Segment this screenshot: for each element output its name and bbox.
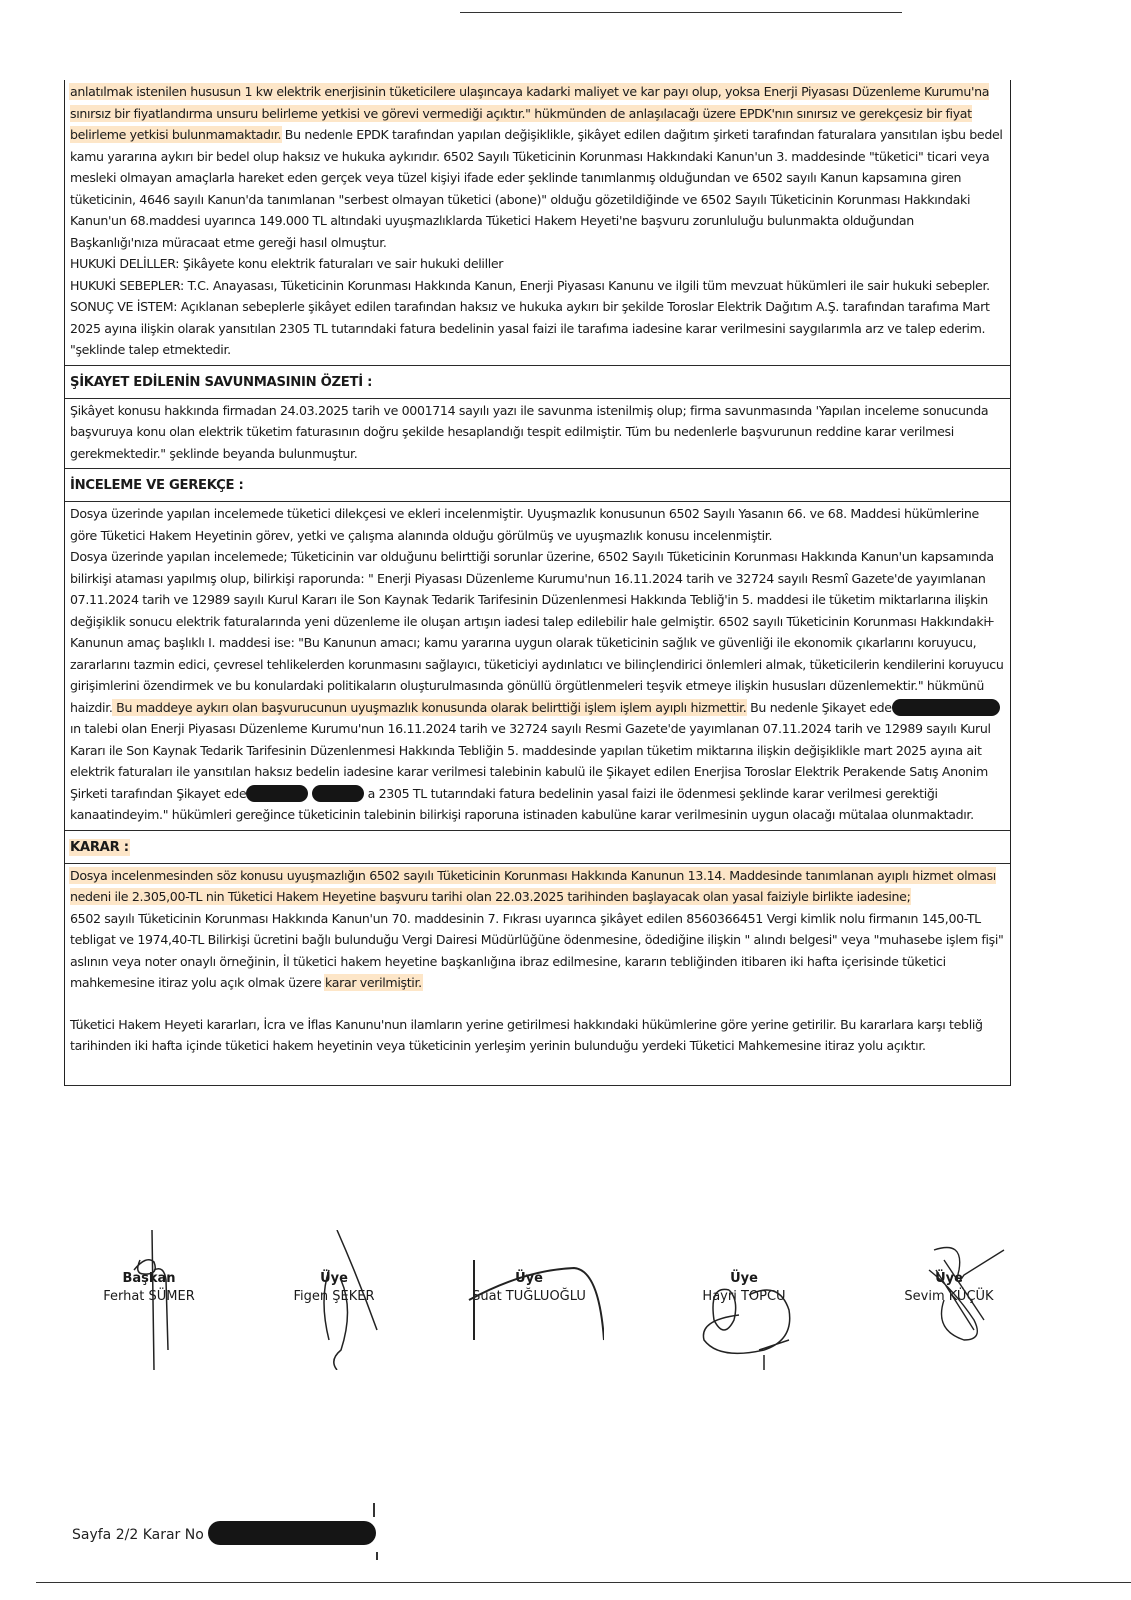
signature-member-1: Üye Figen ŞEKER bbox=[259, 1270, 409, 1306]
paragraph-text: HUKUKİ DELİLLER: Şikâyete konu elektrik … bbox=[70, 256, 503, 271]
margin-mark: ⵜ bbox=[985, 615, 994, 629]
highlighted-text: Dosya incelenmesinden söz konusu uyuşmaz… bbox=[70, 868, 996, 905]
highlighted-text: Bu maddeye aykırı olan başvurucunun uyuş… bbox=[113, 700, 747, 715]
complaint-summary-text: anlatılmak istenilen hususun 1 kw elektr… bbox=[65, 80, 1010, 365]
scan-mark bbox=[376, 1552, 378, 1560]
paragraph-text: SONUÇ VE İSTEM: Açıklanan sebeplerle şik… bbox=[70, 299, 990, 357]
complaint-paragraph: anlatılmak istenilen hususun 1 kw elektr… bbox=[70, 81, 1004, 253]
decision-document: anlatılmak istenilen hususun 1 kw elektr… bbox=[64, 80, 1011, 1086]
review-text-part: Bu nedenle Şikayet ede bbox=[746, 700, 891, 715]
page-number-label: Sayfa 2/2 Karar No bbox=[72, 1527, 204, 1543]
review-text-part: Dosya üzerinde yapılan incelemede; Tüket… bbox=[70, 549, 1004, 715]
redaction-mark bbox=[246, 785, 308, 802]
signatory-name: Figen ŞEKER bbox=[259, 1288, 409, 1306]
decision-section: KARAR : Dosya incelenmesinden söz konusu… bbox=[65, 831, 1010, 1085]
review-section: İNCELEME VE GEREKÇE : Dosya üzerinde yap… bbox=[65, 469, 1010, 831]
decision-text-part: 6502 sayılı Tüketicinin Korunması Hakkın… bbox=[70, 911, 1003, 991]
defense-text: Şikâyet konusu hakkında firmadan 24.03.2… bbox=[65, 399, 1010, 469]
paragraph-text: HUKUKİ SEBEPLER: T.C. Anayasası, Tüketic… bbox=[70, 278, 990, 293]
signature-member-2: Üye Suat TUĞLUOĞLU bbox=[454, 1270, 604, 1306]
document-bottom-border bbox=[65, 1085, 1010, 1086]
signatory-role: Üye bbox=[454, 1270, 604, 1288]
signatory-name: Suat TUĞLUOĞLU bbox=[454, 1288, 604, 1306]
scan-mark bbox=[373, 1503, 375, 1517]
defense-section: ŞİKAYET EDİLENİN SAVUNMASININ ÖZETİ : Şi… bbox=[65, 366, 1010, 470]
signature-block: Başkan Ferhat SÜMER Üye Figen ŞEKER Üye … bbox=[64, 1260, 1024, 1370]
signatory-role: Üye bbox=[874, 1270, 1024, 1288]
review-paragraph-2: Dosya üzerinde yapılan incelemede; Tüket… bbox=[70, 546, 1004, 826]
signatory-name: Ferhat SÜMER bbox=[74, 1288, 224, 1306]
complaint-paragraph: SONUÇ VE İSTEM: Açıklanan sebeplerle şik… bbox=[70, 296, 1004, 361]
decision-heading-text: KARAR : bbox=[70, 840, 129, 855]
scan-bottom-rule bbox=[36, 1582, 1131, 1583]
redacted-decision-number bbox=[208, 1521, 376, 1545]
decision-text: Dosya incelenmesinden söz konusu uyuşmaz… bbox=[65, 864, 1010, 1085]
decision-paragraph-3: Tüketici Hakem Heyeti kararları, İcra ve… bbox=[70, 1014, 1004, 1057]
decision-heading: KARAR : bbox=[65, 831, 1010, 864]
complaint-paragraph: HUKUKİ SEBEPLER: T.C. Anayasası, Tüketic… bbox=[70, 275, 1004, 297]
defense-paragraph: Şikâyet konusu hakkında firmadan 24.03.2… bbox=[70, 400, 1004, 465]
signatory-role: Üye bbox=[259, 1270, 409, 1288]
review-heading: İNCELEME VE GEREKÇE : bbox=[65, 469, 1010, 502]
review-text: Dosya üzerinde yapılan incelemede tüketi… bbox=[65, 502, 1010, 830]
redaction-mark bbox=[892, 699, 1000, 716]
scan-top-rule bbox=[460, 12, 902, 13]
signature-president: Başkan Ferhat SÜMER bbox=[74, 1270, 224, 1306]
highlighted-text: karar verilmiştir. bbox=[325, 975, 422, 990]
signatory-name: Hayri TOPCU bbox=[669, 1288, 819, 1306]
review-paragraph-1: Dosya üzerinde yapılan incelemede tüketi… bbox=[70, 503, 1004, 546]
signature-member-4: Üye Sevim KÜÇÜK bbox=[874, 1270, 1024, 1306]
complaint-summary-section: anlatılmak istenilen hususun 1 kw elektr… bbox=[65, 80, 1010, 366]
signatory-role: Başkan bbox=[74, 1270, 224, 1288]
complaint-paragraph: HUKUKİ DELİLLER: Şikâyete konu elektrik … bbox=[70, 253, 1004, 275]
decision-paragraph-2: 6502 sayılı Tüketicinin Korunması Hakkın… bbox=[70, 908, 1004, 994]
signature-member-3: Üye Hayri TOPCU bbox=[669, 1270, 819, 1306]
defense-heading: ŞİKAYET EDİLENİN SAVUNMASININ ÖZETİ : bbox=[65, 366, 1010, 399]
page-footer: Sayfa 2/2 Karar No bbox=[72, 1521, 376, 1545]
redaction-mark bbox=[312, 785, 364, 802]
signatory-role: Üye bbox=[669, 1270, 819, 1288]
paragraph-text: Bu nedenle EPDK tarafından yapılan değiş… bbox=[70, 127, 1003, 250]
signatory-name: Sevim KÜÇÜK bbox=[874, 1288, 1024, 1306]
decision-paragraph-1: Dosya incelenmesinden söz konusu uyuşmaz… bbox=[70, 865, 1004, 908]
